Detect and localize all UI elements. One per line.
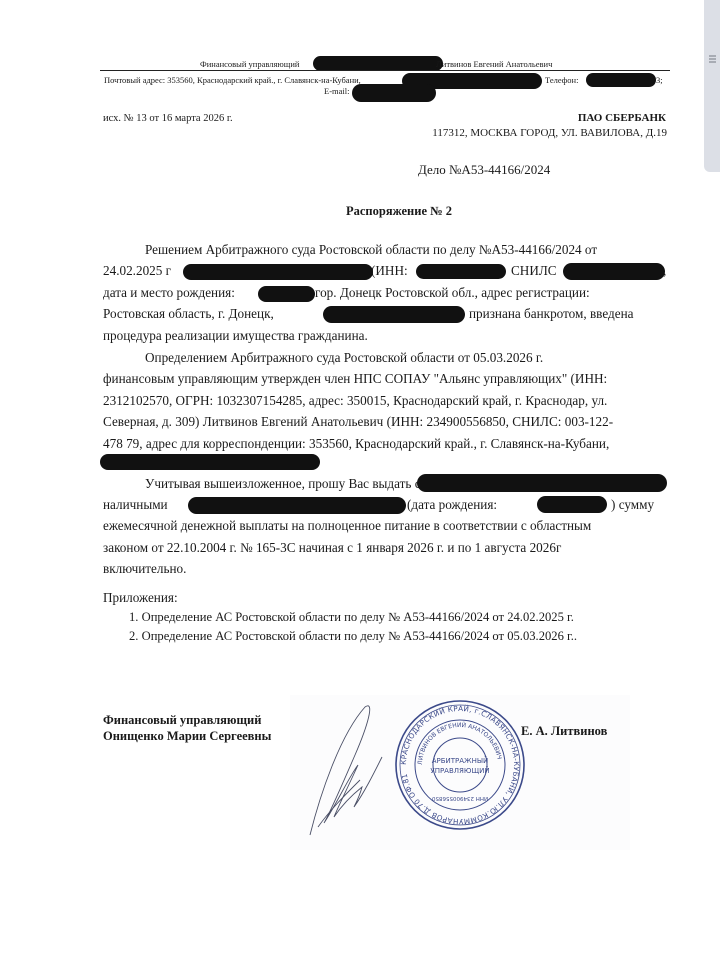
attachments-label: Приложения: xyxy=(103,590,666,611)
text: 24.02.2025 г xyxy=(103,263,171,279)
phone-tail: 3; xyxy=(656,75,663,85)
svg-text:ИНН 234900556850: ИНН 234900556850 xyxy=(431,795,488,801)
signer-name: Е. А. Литвинов xyxy=(521,724,607,739)
redaction xyxy=(417,474,667,492)
redaction xyxy=(563,263,665,280)
redaction xyxy=(313,56,443,71)
signature-stamp-area: КРАСНОДАРСКИЙ КРАЙ, г.СЛАВЯНСК-НА-КУБАНИ… xyxy=(290,695,630,850)
case-number: Дело №А53-44166/2024 xyxy=(418,162,550,178)
text: ) сумму xyxy=(611,497,654,513)
redaction xyxy=(100,454,320,470)
text: Ростовская область, г. Донецк, xyxy=(103,306,274,322)
text: признана банкротом, введена xyxy=(469,306,633,322)
paragraph3-line3: ежемесячной денежной выплаты на полноцен… xyxy=(103,518,666,539)
letterhead-title-right: Литвинов Евгений Анатольевич xyxy=(436,59,552,69)
signature-role-line1: Финансовый управляющий xyxy=(103,713,261,728)
paragraph3-line5: включительно. xyxy=(103,561,666,582)
redaction xyxy=(183,264,373,280)
attachment-item: 1. Определение АС Ростовской области по … xyxy=(129,610,692,631)
email-label: E-mail: xyxy=(324,86,350,96)
paragraph2-line1: Определением Арбитражного суда Ростовско… xyxy=(103,350,666,371)
attachment-item: 2. Определение АС Ростовской области по … xyxy=(129,629,692,650)
signature-role-line2: Онищенко Марии Сергеевны xyxy=(103,729,271,744)
phone-label: Телефон: xyxy=(545,75,578,85)
paragraph2-line2: финансовым управляющим утвержден член НП… xyxy=(103,371,666,392)
text: Решением Арбитражного суда Ростовской об… xyxy=(145,242,597,263)
scrollbar-thumb[interactable] xyxy=(704,0,720,172)
text: (ИНН: xyxy=(371,263,408,279)
redaction xyxy=(323,306,465,323)
letterhead-title-left: Финансовый управляющий xyxy=(200,59,299,69)
recipient-name: ПАО СБЕРБАНК xyxy=(578,112,666,124)
signature-icon: КРАСНОДАРСКИЙ КРАЙ, г.СЛАВЯНСК-НА-КУБАНИ… xyxy=(290,695,630,850)
text: гор. Донецк Ростовской обл., адрес регис… xyxy=(315,285,590,301)
svg-text:АРБИТРАЖНЫЙ: АРБИТРАЖНЫЙ xyxy=(432,756,489,765)
text: Определением Арбитражного суда Ростовско… xyxy=(145,350,543,371)
paragraph1-line1: Решением Арбитражного суда Ростовской об… xyxy=(103,242,666,263)
paragraph3-line4: законом от 22.10.2004 г. № 165-3С начина… xyxy=(103,540,666,561)
redaction xyxy=(416,264,506,279)
outgoing-number: исх. № 13 от 16 марта 2026 г. xyxy=(103,113,233,124)
paragraph2-line3: 2312102570, ОГРН: 1032307154285, адрес: … xyxy=(103,393,666,414)
redaction xyxy=(352,84,436,102)
paragraph1-line5: процедура реализации имущества гражданин… xyxy=(103,328,666,349)
text: (дата рождения: xyxy=(407,497,497,513)
grip-icon xyxy=(709,55,716,57)
letterhead-divider xyxy=(100,70,670,71)
paragraph1-line3: дата и место рождения: гор. Донецк Росто… xyxy=(103,285,666,306)
recipient-address: 117312, МОСКВА ГОРОД, УЛ. ВАВИЛОВА, Д.19 xyxy=(432,127,667,139)
document-page: Финансовый управляющий Литвинов Евгений … xyxy=(0,0,720,970)
paragraph2-line4: Северная, д. 309) Литвинов Евгений Анато… xyxy=(103,414,666,435)
svg-text:УПРАВЛЯЮЩИЙ: УПРАВЛЯЮЩИЙ xyxy=(430,766,489,775)
redaction xyxy=(258,286,315,302)
document-heading: Распоряжение № 2 xyxy=(346,204,452,219)
redaction xyxy=(188,497,406,514)
postal-address: Почтовый адрес: 353560, Краснодарский кр… xyxy=(104,75,361,85)
stamp-icon: КРАСНОДАРСКИЙ КРАЙ, г.СЛАВЯНСК-НА-КУБАНИ… xyxy=(396,701,524,829)
redaction xyxy=(586,73,656,87)
text: СНИЛС xyxy=(511,263,557,279)
text: дата и место рождения: xyxy=(103,285,235,301)
text: наличными xyxy=(103,497,168,513)
redaction xyxy=(537,496,607,513)
